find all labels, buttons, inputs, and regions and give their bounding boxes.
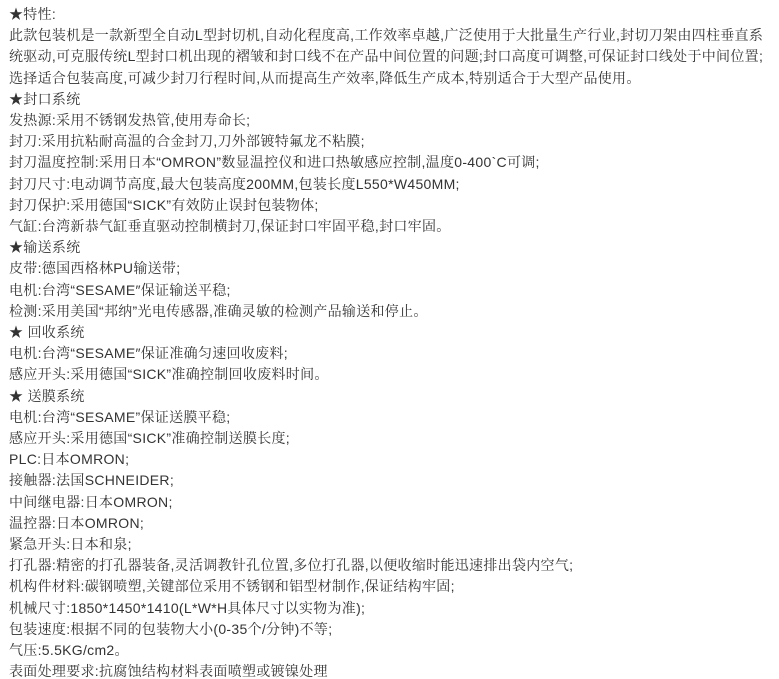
section-heading-recycling-system: ★ 回收系统 (9, 322, 771, 343)
spec-line-film-sensor-switch: 感应开头:采用德国“SICK”准确控制送膜长度; (9, 428, 771, 449)
spec-line-plc: PLC:日本OMRON; (9, 449, 771, 470)
section-heading-conveying-system: ★输送系统 (9, 237, 771, 258)
section-heading-film-feeding-system: ★ 送膜系统 (9, 386, 771, 407)
spec-line-temperature-controller: 温控器:日本OMRON; (9, 513, 771, 534)
spec-line-sealing-knife: 封刀:采用抗粘耐高温的合金封刀,刀外部镀特氟龙不粘膜; (9, 131, 771, 152)
spec-line-machine-size: 机械尺寸:1850*1450*1410(L*W*H具体尺寸以实物为准); (9, 598, 771, 619)
spec-line-packing-speed: 包装速度:根据不同的包装物大小(0-35个/分钟)不等; (9, 619, 771, 640)
spec-line-air-cylinder: 气缸:台湾新恭气缸垂直驱动控制横封刀,保证封口牢固平稳,封口牢固。 (9, 216, 771, 237)
spec-line-film-motor: 电机:台湾“SESAME”保证送膜平稳; (9, 407, 771, 428)
spec-line-recycling-sensor-switch: 感应开头:采用德国“SICK”准确控制回收废料时间。 (9, 364, 771, 385)
section-heading-sealing-system: ★封口系统 (9, 89, 771, 110)
spec-line-conveying-motor: 电机:台湾“SESAME″保证输送平稳; (9, 280, 771, 301)
product-spec-page: { "page": { "background": "#ffffff", "te… (0, 0, 779, 679)
spec-line-detection: 检测:采用美国“邦纳”光电传感器,准确灵敏的检测产品输送和停止。 (9, 301, 771, 322)
spec-line-knife-temperature-control: 封刀温度控制:采用日本“OMRON”数显温控仪和进口热敏感应控制,温度0-400… (9, 152, 771, 173)
spec-line-air-pressure: 气压:5.5KG/cm2。 (9, 640, 771, 661)
spec-line-emergency-switch: 紧急开头:日本和泉; (9, 534, 771, 555)
spec-line-contactor: 接触器:法国SCHNEIDER; (9, 470, 771, 491)
spec-line-belt: 皮带:德国西格林PU输送带; (9, 258, 771, 279)
spec-line-knife-size: 封刀尺寸:电动调节高度,最大包装高度200MM,包装长度L550*W450MM; (9, 174, 771, 195)
spec-line-structural-material: 机构件材料:碳钢喷塑,关键部位采用不锈钢和铝型材制作,保证结构牢固; (9, 576, 771, 597)
spec-line-surface-treatment: 表面处理要求:抗腐蚀结构材料表面喷塑或镀镍处理 (9, 661, 771, 679)
spec-line-intermediate-relay: 中间继电器:日本OMRON; (9, 492, 771, 513)
spec-line-hole-puncher: 打孔器:精密的打孔器装备,灵活调教针孔位置,多位打孔器,以便收缩时能迅速排出袋内… (9, 555, 771, 576)
intro-paragraph: 此款包装机是一款新型全自动L型封切机,自动化程度高,工作效率卓越,广泛使用于大批… (9, 25, 771, 89)
spec-line-knife-protection: 封刀保护:采用德国“SICK”有效防止误封包装物体; (9, 195, 771, 216)
spec-line-recycling-motor: 电机:台湾“SESAME″保证准确匀速回收废料; (9, 343, 771, 364)
spec-document: ★特性: 此款包装机是一款新型全自动L型封切机,自动化程度高,工作效率卓越,广泛… (0, 0, 779, 679)
section-heading-features: ★特性: (9, 4, 771, 25)
spec-line-heat-source: 发热源:采用不锈钢发热管,使用寿命长; (9, 110, 771, 131)
